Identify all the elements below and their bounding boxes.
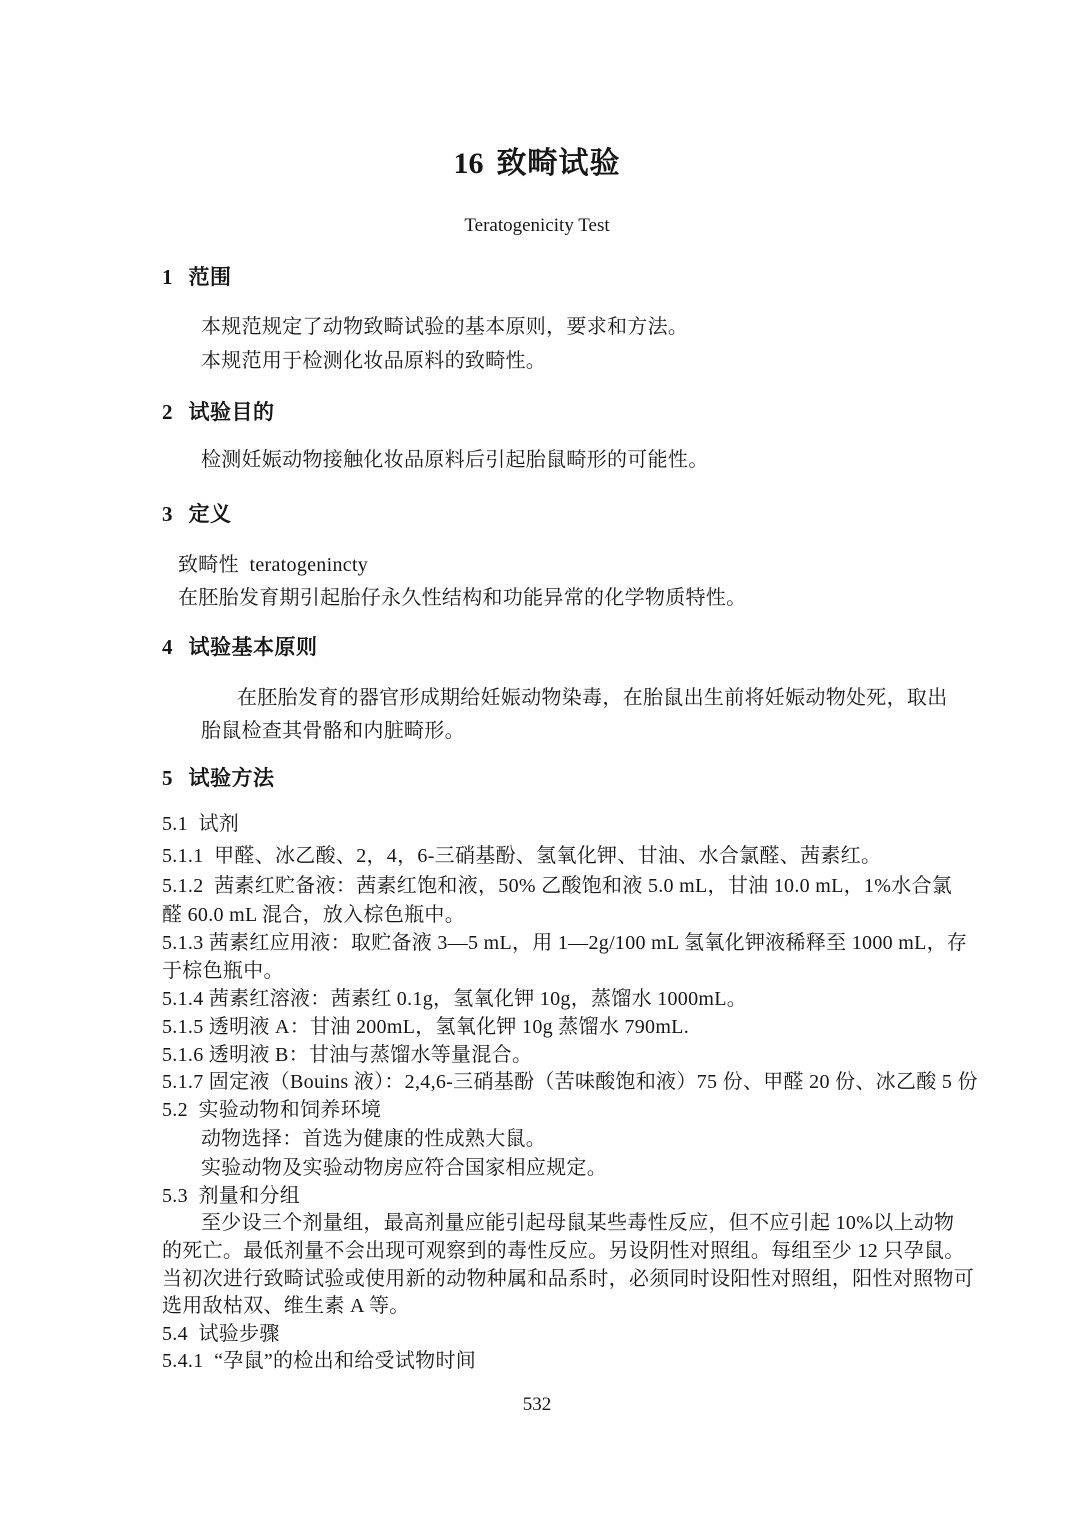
section-number: 3 bbox=[162, 502, 173, 526]
text-line: 本规范用于检测化妆品原料的致畸性。 bbox=[201, 349, 546, 374]
text-line: 在胚胎发育的器官形成期给妊娠动物染毒，在胎鼠出生前将妊娠动物处死，取出 bbox=[237, 686, 948, 711]
text-line-5-3: 5.3 剂量和分组 bbox=[162, 1184, 300, 1209]
text-line: 检测妊娠动物接触化妆品原料后引起胎鼠畸形的可能性。 bbox=[201, 448, 709, 473]
text-line-5-4-1: 5.4.1 “孕鼠”的检出和给受试物时间 bbox=[162, 1349, 476, 1374]
section-number: 4 bbox=[162, 635, 173, 659]
section-heading-principle: 4试验基本原则 bbox=[162, 634, 318, 660]
section-title: 定义 bbox=[189, 502, 232, 526]
text-line-5-2: 5.2 实验动物和饲养环境 bbox=[162, 1098, 381, 1123]
document-title-text: 致畸试验 bbox=[497, 146, 621, 181]
text-line-5-1-6: 5.1.6 透明液 B：甘油与蒸馏水等量混合。 bbox=[162, 1043, 532, 1068]
text-line: 至少设三个剂量组，最高剂量应能引起母鼠某些毒性反应，但不应引起 10%以上动物 bbox=[201, 1211, 954, 1236]
text-line-5-1-3: 5.1.3 茜素红应用液：取贮备液 3—5 mL，用 1—2g/100 mL 氢… bbox=[162, 931, 967, 956]
section-heading-method: 5试验方法 bbox=[162, 765, 275, 791]
text-line-5-1-1: 5.1.1 甲醛、冰乙酸、2，4，6-三硝基酚、氢氧化钾、甘油、水合氯醛、茜素红… bbox=[162, 844, 881, 869]
text-line-5-1: 5.1 试剂 bbox=[162, 812, 239, 837]
text-line-5-1-7: 5.1.7 固定液（Bouins 液）：2,4,6-三硝基酚（苦味酸饱和液）75… bbox=[162, 1070, 978, 1095]
section-title: 试验目的 bbox=[189, 400, 275, 424]
section-number: 5 bbox=[162, 766, 173, 790]
section-number: 1 bbox=[162, 265, 173, 289]
text-line-5-1-2: 5.1.2 茜素红贮备液：茜素红饱和液，50% 乙酸饱和液 5.0 mL，甘油 … bbox=[162, 874, 952, 899]
text-line: 当初次进行致畸试验或使用新的动物种属和品系时，必须同时设阳性对照组，阳性对照物可 bbox=[162, 1267, 974, 1292]
text-line: 选用敌枯双、维生素 A 等。 bbox=[162, 1294, 410, 1319]
text-line: 致畸性 teratogenincty bbox=[178, 553, 368, 578]
text-line: 的死亡。最低剂量不会出现可观察到的毒性反应。另设阴性对照组。每组至少 12 只孕… bbox=[162, 1239, 965, 1264]
text-line: 于棕色瓶中。 bbox=[162, 959, 284, 984]
text-line: 本规范规定了动物致畸试验的基本原则，要求和方法。 bbox=[201, 315, 688, 340]
page-number: 532 bbox=[0, 1393, 1074, 1417]
document-page: 16致畸试验 Teratogenicity Test 1范围 本规范规定了动物致… bbox=[0, 0, 1074, 1520]
section-title: 试验方法 bbox=[189, 766, 275, 790]
section-heading-definition: 3定义 bbox=[162, 501, 232, 527]
text-line: 胎鼠检查其骨骼和内脏畸形。 bbox=[201, 719, 465, 744]
document-title-number: 16 bbox=[454, 147, 484, 180]
text-line: 在胚胎发育期引起胎仔永久性结构和功能异常的化学物质特性。 bbox=[178, 586, 746, 611]
text-line: 实验动物及实验动物房应符合国家相应规定。 bbox=[201, 1156, 607, 1181]
text-line-5-1-4: 5.1.4 茜素红溶液：茜素红 0.1g，氢氧化钾 10g，蒸馏水 1000mL… bbox=[162, 987, 747, 1012]
section-heading-scope: 1范围 bbox=[162, 264, 232, 290]
text-line: 醛 60.0 mL 混合，放入棕色瓶中。 bbox=[162, 903, 465, 928]
text-line-5-1-5: 5.1.5 透明液 A：甘油 200mL，氢氧化钾 10g 蒸馏水 790mL. bbox=[162, 1015, 689, 1040]
text-line: 动物选择：首选为健康的性成熟大鼠。 bbox=[201, 1127, 546, 1152]
section-title: 试验基本原则 bbox=[189, 635, 318, 659]
document-subtitle-en: Teratogenicity Test bbox=[0, 214, 1074, 238]
section-title: 范围 bbox=[189, 265, 232, 289]
text-line-5-4: 5.4 试验步骤 bbox=[162, 1322, 280, 1347]
section-heading-purpose: 2试验目的 bbox=[162, 399, 275, 425]
document-title: 16致畸试验 bbox=[0, 146, 1074, 182]
section-number: 2 bbox=[162, 400, 173, 424]
